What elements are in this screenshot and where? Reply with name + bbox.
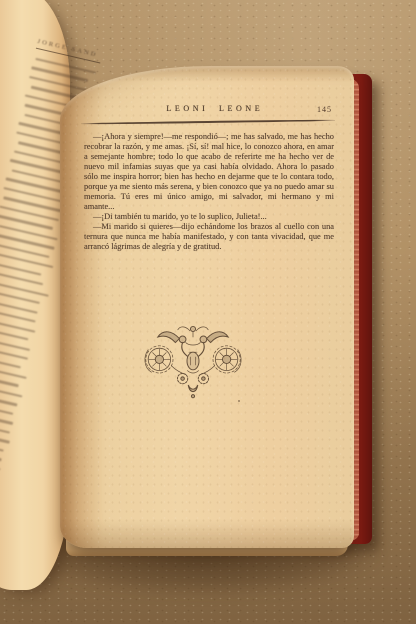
- paragraph: —¡Di también tu marido, yo te lo suplico…: [84, 212, 334, 222]
- body-text: —¡Ahora y siempre!—me respondió—; me has…: [84, 132, 334, 252]
- page-number: 145: [317, 105, 332, 114]
- paragraph: —¡Ahora y siempre!—me respondió—; me has…: [84, 132, 334, 212]
- page-title: LEONI LEONE: [166, 104, 263, 113]
- running-header: LEONI LEONE 145: [84, 104, 334, 116]
- ink-speck: [238, 400, 240, 402]
- paragraph: —Mi marido si quieres—dijo echándome los…: [84, 222, 334, 252]
- right-page: LEONI LEONE 145 —¡Ahora y siempre!—me re…: [60, 66, 354, 548]
- cherub-vignette-ornament: [141, 320, 245, 402]
- header-rule: [81, 119, 335, 124]
- book-photo-scene: JORGE SAND LEONI LEONE 145 —¡Ahora y sie…: [0, 0, 416, 624]
